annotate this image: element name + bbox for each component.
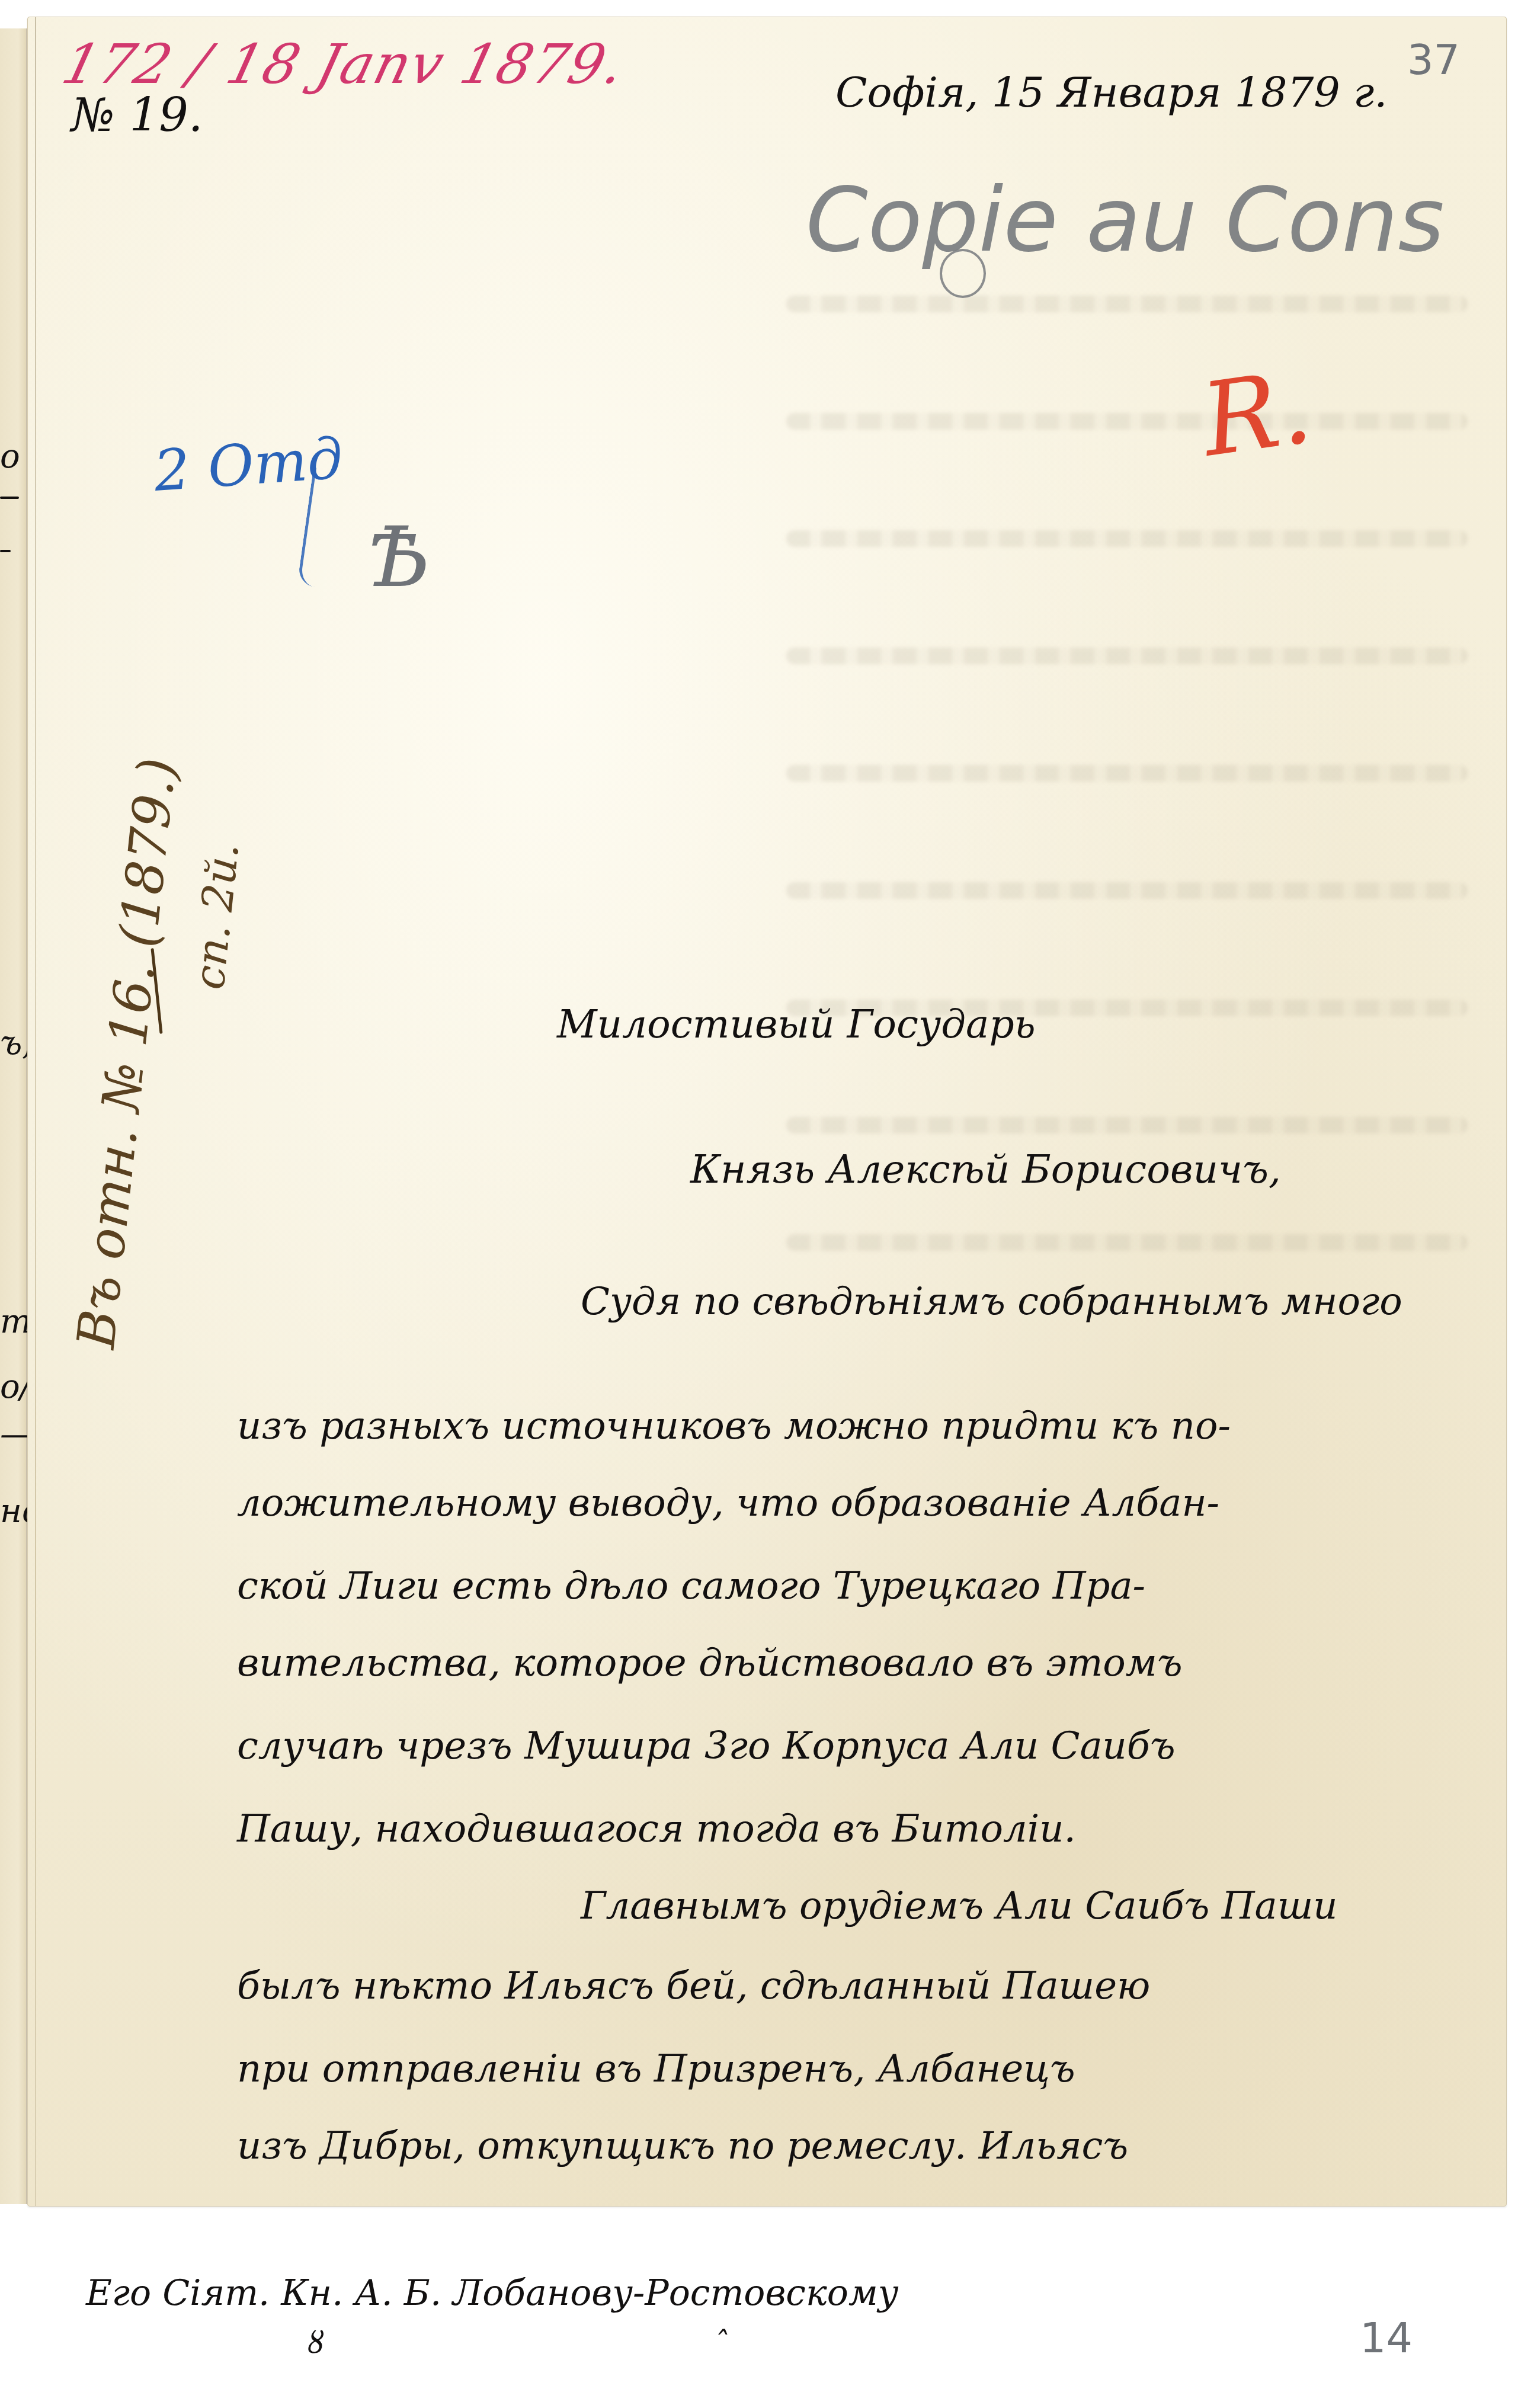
place-and-date: Софія, 15 Января 1879 г.: [835, 68, 1388, 117]
body-line: ской Лиги есть дѣло самого Турецкаго Пра…: [237, 1564, 1145, 1608]
folio-number: 37: [1407, 36, 1460, 84]
red-pencil-mark: R.: [1195, 348, 1318, 479]
body-line: случаѣ чрезъ Мушира 3го Корпуса Али Саиб…: [237, 1724, 1176, 1768]
addressee-marks: ȣ ˆ: [308, 2326, 918, 2360]
registry-stamp: 172 / 18 Janv 1879.: [56, 33, 632, 96]
bleed-through-text: [786, 296, 1468, 1352]
body-line: при отправленіи въ Призренъ, Албанецъ: [237, 2047, 1075, 2091]
pencil-flourish-icon: [940, 249, 986, 298]
body-line: вительства, которое дѣйствовало въ этомъ: [237, 1641, 1183, 1685]
pencil-copy-note: Copie au Cons: [806, 169, 1445, 272]
salutation-line-2: Князь Алексѣй Борисовичъ,: [690, 1147, 1281, 1192]
margin-dash: [0, 550, 11, 552]
margin-fragment: о: [0, 437, 20, 476]
addressee-line: Его Сіят. Кн. А. Б. Лобанову-Ростовскому: [86, 2272, 898, 2314]
previous-sheet-edge: о ъ, то о/ъ — но: [0, 28, 27, 2204]
body-line: Главнымъ орудіемъ Али Саибъ Паши: [581, 1884, 1337, 1928]
body-line: Судя по свѣдѣніямъ собраннымъ много: [581, 1280, 1402, 1324]
body-line: ложительному выводу, что образованіе Алб…: [237, 1481, 1219, 1525]
salutation-line-1: Милостивый Государь: [557, 1001, 1036, 1047]
page-number: 14: [1360, 2314, 1413, 2362]
dispatch-number: № 19.: [71, 89, 203, 142]
document-sheet: [27, 17, 1507, 2207]
body-line: изъ разныхъ источниковъ можно придти къ …: [237, 1404, 1231, 1448]
graphite-mark: Ѣ: [367, 510, 431, 606]
body-line: Пашу, находившагося тогда въ Битоліи.: [237, 1807, 1076, 1851]
margin-dash: [0, 497, 19, 499]
body-line: изъ Дибры, откупщикъ по ремеслу. Ильясъ: [237, 2124, 1128, 2168]
body-line: былъ нѣкто Ильясъ бей, сдѣланный Пашею: [237, 1964, 1150, 2008]
